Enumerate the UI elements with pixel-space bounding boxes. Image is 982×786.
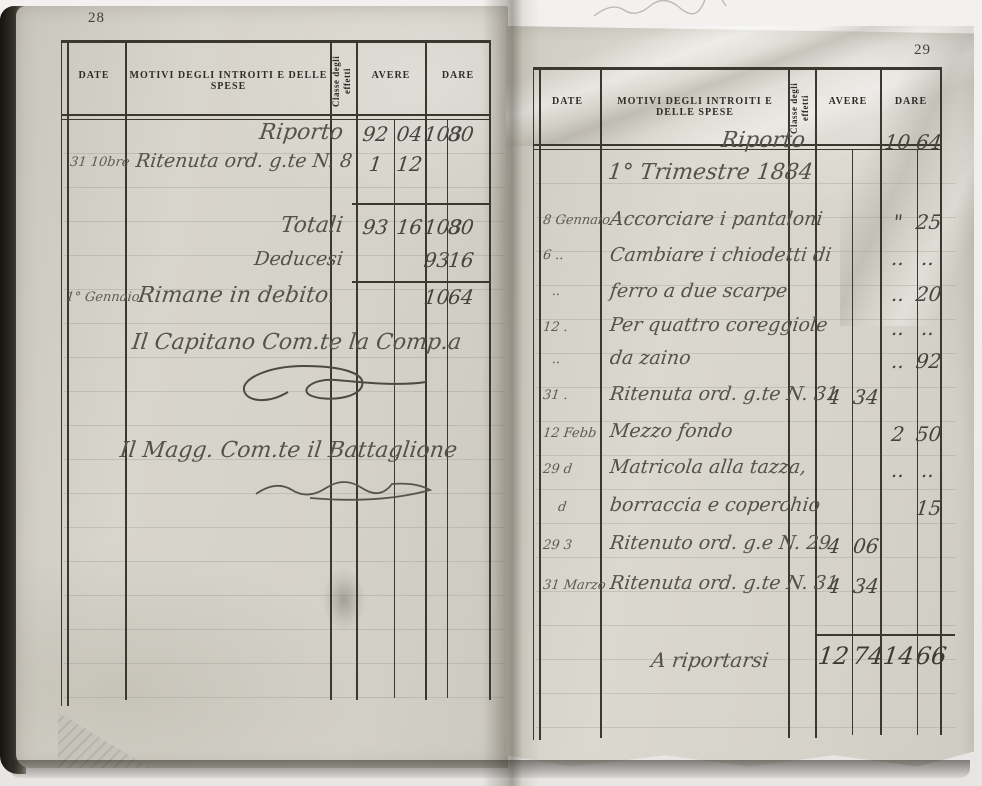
entry-avere-cent: 06: [852, 534, 881, 558]
entry-dare-lire: ": [881, 210, 916, 234]
scanned-ledger-spread: 28 29 DATE MOTIVI DEGLI INTROITI E DELLE…: [0, 0, 982, 786]
table-rule: [600, 67, 602, 738]
entry-motivi: Cambiare i chiodetti di: [609, 244, 833, 266]
entry-avere-lire: 4: [817, 534, 852, 558]
entry-date: d: [557, 500, 589, 515]
entry-dare-lire: ..: [881, 349, 916, 373]
entry-dare-cent: ..: [915, 246, 942, 270]
entry-motivi: Riporto: [658, 128, 806, 153]
table-rule: [125, 40, 127, 700]
entry-date: 1° Gennaio: [65, 290, 125, 305]
page-number-left: 28: [88, 10, 105, 27]
entry-motivi: Mezzo fondo: [609, 420, 734, 442]
entry-dare-cent: 25: [915, 210, 942, 234]
entry-dare-cent: 80: [447, 215, 476, 239]
entry-dare-lire: ..: [881, 316, 916, 340]
pencil-scribble: [590, 0, 730, 22]
column-header-avere: AVERE: [358, 70, 424, 81]
entry-date: ..: [551, 352, 593, 367]
entry-dare-lire: 93: [423, 248, 449, 272]
column-header-classe: Classe degli effetti: [331, 45, 356, 117]
entry-motivi: Ritenuta ord. g.te N. 31: [609, 383, 840, 405]
column-header-motivi: MOTIVI DEGLI INTROITI E DELLE SPESE: [602, 96, 788, 118]
entry-motivi: borraccia e coperchio: [609, 494, 822, 516]
entry-dare-cent: 80: [447, 122, 476, 146]
entry-dare-lire: 103: [423, 122, 449, 146]
entry-dare-cent: 20: [915, 282, 942, 306]
carry-forward-label: A riportarsi: [629, 648, 792, 672]
entry-motivi: Ritenuto ord. g.e N. 29: [609, 532, 832, 554]
entry-dare-lire: 10: [879, 130, 917, 154]
major-caption: Il Magg. Com.te il Battaglione: [118, 438, 458, 463]
entry-dare-cent: 15: [915, 496, 942, 520]
carry-dare-cent: 66: [914, 642, 943, 670]
totals-rule: [352, 203, 491, 205]
entry-avere-lire: 1: [357, 152, 395, 176]
entry-avere-cent: 16: [394, 215, 426, 239]
entry-dare-cent: 50: [915, 422, 942, 446]
entry-motivi: Per quattro coreggiole: [609, 314, 829, 336]
entry-date: 29 d: [542, 462, 600, 477]
entry-avere-lire: 4: [817, 385, 852, 409]
totals-rule: [352, 281, 491, 283]
column-header-date: DATE: [535, 96, 600, 107]
entry-motivi: Totali: [223, 213, 344, 238]
column-header-avere: AVERE: [817, 96, 879, 107]
table-rule: [447, 120, 448, 698]
column-header-dare: DARE: [882, 96, 940, 107]
entry-dare-lire: 10: [423, 285, 449, 309]
entry-dare-lire: ..: [881, 282, 916, 306]
entry-motivi: Riporto: [223, 120, 344, 145]
entry-dare-cent: ..: [915, 316, 942, 340]
entry-dare-lire: ..: [881, 458, 916, 482]
entry-motivi: Deducesi: [224, 248, 345, 270]
column-header-dare: DARE: [427, 70, 489, 81]
entry-motivi: ferro a due scarpe: [609, 280, 789, 302]
entry-date: 31 Marzo: [542, 578, 600, 593]
carry-dare-lire: 14: [878, 642, 918, 670]
entry-motivi: Matricola alla tazza,: [609, 456, 808, 478]
column-header-date: DATE: [63, 70, 125, 81]
entry-avere-lire: 92: [357, 122, 395, 146]
entry-date: 12 .: [542, 320, 600, 335]
entry-avere-lire: 4: [817, 574, 852, 598]
entry-dare-cent: ..: [915, 458, 942, 482]
entry-date: 6 ..: [542, 248, 600, 263]
totals-rule: [815, 634, 955, 636]
ink-smudge: [322, 568, 366, 632]
entry-dare-lire: 103: [423, 215, 449, 239]
entry-motivi: da zaino: [609, 347, 692, 369]
table-rule: [61, 40, 62, 706]
entry-dare-lire: ..: [881, 246, 916, 270]
entry-dare-lire: 2: [881, 422, 916, 446]
entry-motivi: Ritenuta ord. g.te N. 31: [609, 572, 840, 594]
book-bottom-shadow: [10, 760, 970, 778]
entry-dare-cent: 64: [447, 285, 476, 309]
entry-avere-cent: 12: [394, 152, 426, 176]
entry-dare-cent: 92: [915, 349, 942, 373]
entry-motivi: Accorciare i pantaloni: [609, 208, 824, 230]
table-rule: [67, 40, 69, 706]
entry-date: 31 10bre: [69, 155, 125, 170]
entry-avere-cent: 34: [852, 574, 881, 598]
quarter-heading: 1° Trimestre 1884: [606, 160, 809, 185]
carry-avere-lire: 12: [813, 642, 853, 670]
entry-date: 12 Febb: [542, 426, 600, 441]
major-signature: [248, 472, 438, 512]
captain-caption: Il Capitano Com.te la Comp.a: [130, 330, 462, 355]
captain-signature: [228, 358, 438, 414]
column-header-motivi: MOTIVI DEGLI INTROITI E DELLE SPESE: [127, 70, 330, 92]
entry-dare-cent: 64: [915, 130, 944, 154]
binding-gutter-shadow: [482, 0, 540, 786]
entry-date: 29 3: [542, 538, 600, 553]
entry-date: ..: [551, 284, 593, 299]
entry-date: 31 .: [542, 388, 592, 403]
page-number-right: 29: [914, 42, 931, 59]
entry-avere-cent: 04: [394, 122, 426, 146]
entry-avere-lire: 93: [357, 215, 395, 239]
entry-motivi: Ritenuta ord. g.te N. 8: [135, 150, 354, 172]
entry-avere-cent: 34: [852, 385, 881, 409]
entry-date: 8 Gennaio: [542, 213, 600, 228]
entry-motivi: Rimane in debito.: [136, 283, 336, 308]
entry-dare-cent: 16: [447, 248, 476, 272]
